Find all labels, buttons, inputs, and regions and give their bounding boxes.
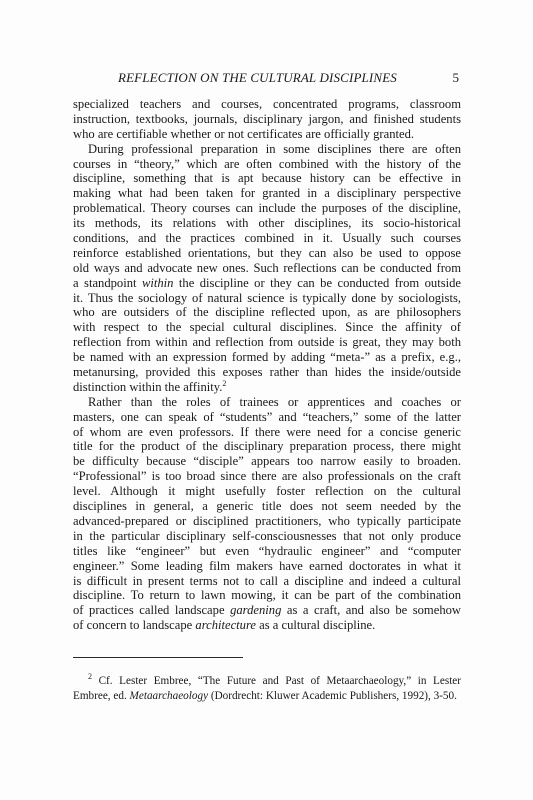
emphasized-text: gardening (230, 603, 281, 617)
text-line: reflection from within and reflection fr… (73, 335, 461, 350)
text-run: “Professional” is too broad since there … (73, 469, 461, 483)
text-line: who are outsiders of the discipline refl… (73, 305, 461, 320)
text-run: as a cultural discipline. (256, 618, 375, 632)
text-run: it. Thus the sociology of natural scienc… (73, 291, 461, 305)
text-line: engineer.” Some leading film makers have… (73, 559, 461, 574)
running-head: REFLECTION ON THE CULTURAL DISCIPLINES 5 (73, 70, 461, 86)
footnote-book-title: Metaarchaeology (130, 690, 209, 702)
text-run: as a craft, and also be somehow (281, 603, 461, 617)
text-run: old ways and advocate new ones. Such ref… (73, 261, 461, 275)
text-line: of whom are even professors. If there we… (73, 425, 461, 440)
text-line: who are certifiable whether or not certi… (73, 127, 461, 142)
text-run: title for the product of the disciplinar… (73, 439, 461, 453)
text-line: is difficult in present terms not to cal… (73, 574, 461, 589)
text-line: “Professional” is too broad since there … (73, 469, 461, 484)
text-run: of whom are even professors. If there we… (73, 425, 461, 439)
text-run: be named with an expression formed by ad… (73, 350, 461, 364)
text-line: advanced-prepared or disciplined practit… (73, 514, 461, 529)
page-number: 5 (453, 70, 460, 86)
text-line: with respect to the special cultural dis… (73, 320, 461, 335)
text-line: discipline. To return to lawn mowing, it… (73, 588, 461, 603)
text-line: instruction, textbooks, journals, discip… (73, 112, 461, 127)
text-line: old ways and advocate new ones. Such ref… (73, 261, 461, 276)
text-line: distinction within the affinity.2 (73, 380, 461, 395)
emphasized-text: within (142, 276, 174, 290)
text-run: is difficult in present terms not to cal… (73, 574, 461, 588)
text-run: of practices called landscape (73, 603, 230, 617)
text-line: its methods, its relations with other di… (73, 216, 461, 231)
text-run: During professional preparation in some … (88, 142, 461, 156)
footnote-text: (Dordrecht: Kluwer Academic Publishers, … (208, 690, 457, 702)
text-run: who are outsiders of the discipline refl… (73, 305, 461, 319)
footnote-text: Embree, ed. (73, 690, 130, 702)
text-run: titles like “engineer” but even “hydraul… (73, 544, 461, 558)
text-line: of concern to landscape architecture as … (73, 618, 461, 633)
text-run: its methods, its relations with other di… (73, 216, 461, 230)
text-run: disciplines in general, a generic title … (73, 499, 461, 513)
text-line: of practices called landscape gardening … (73, 603, 461, 618)
text-run: a standpoint (73, 276, 142, 290)
text-line: be named with an expression formed by ad… (73, 350, 461, 365)
footnote-text: Cf. Lester Embree, “The Future and Past … (99, 675, 461, 687)
text-run: of concern to landscape (73, 618, 195, 632)
text-run: specialized teachers and courses, concen… (73, 97, 461, 111)
footnote-divider (73, 657, 243, 658)
footnote: 2 Cf. Lester Embree, “The Future and Pas… (73, 674, 461, 704)
text-line: level. Although it might usefully foster… (73, 484, 461, 499)
text-run: engineer.” Some leading film makers have… (73, 559, 461, 573)
text-run: discipline. To return to lawn mowing, it… (73, 588, 461, 602)
text-run: masters, one can speak of “students” and… (73, 410, 461, 424)
text-run: courses in “theory,” which are often com… (73, 157, 461, 171)
footnote-line: Embree, ed. Metaarchaeology (Dordrecht: … (73, 689, 461, 704)
text-line: reinforce established orientations, but … (73, 246, 461, 261)
body-text: specialized teachers and courses, concen… (73, 97, 461, 633)
text-run: level. Although it might usefully foster… (73, 484, 461, 498)
emphasized-text: architecture (195, 618, 256, 632)
text-line: be difficulty because “disciple” appears… (73, 454, 461, 469)
text-line: in the particular disciplinary self-cons… (73, 529, 461, 544)
text-line: titles like “engineer” but even “hydraul… (73, 544, 461, 559)
text-run: discipline, something that is apt becaus… (73, 171, 461, 185)
text-line: disciplines in general, a generic title … (73, 499, 461, 514)
text-line: title for the product of the disciplinar… (73, 439, 461, 454)
footnote-marker: 2 (88, 672, 92, 681)
text-run: reflection from within and reflection fr… (73, 335, 461, 349)
text-run: with respect to the special cultural dis… (73, 320, 461, 334)
text-run: problematical. Theory courses can includ… (73, 201, 461, 215)
text-run: conditions, and the practices combined i… (73, 231, 461, 245)
text-run: distinction within the affinity. (73, 380, 222, 394)
text-line: conditions, and the practices combined i… (73, 231, 461, 246)
footnote-line: 2 Cf. Lester Embree, “The Future and Pas… (73, 674, 461, 689)
text-run: reinforce established orientations, but … (73, 246, 461, 260)
footnote-reference[interactable]: 2 (222, 379, 226, 388)
text-line: problematical. Theory courses can includ… (73, 201, 461, 216)
text-run: making what had been taken for granted i… (73, 186, 461, 200)
document-page: REFLECTION ON THE CULTURAL DISCIPLINES 5… (0, 0, 533, 800)
text-line: Rather than the roles of trainees or app… (73, 395, 461, 410)
text-line: metanursing, provided this exposes rathe… (73, 365, 461, 380)
text-run: Rather than the roles of trainees or app… (88, 395, 461, 409)
text-line: courses in “theory,” which are often com… (73, 157, 461, 172)
text-line: masters, one can speak of “students” and… (73, 410, 461, 425)
text-line: During professional preparation in some … (73, 142, 461, 157)
text-run: advanced-prepared or disciplined practit… (73, 514, 461, 528)
text-run: who are certifiable whether or not certi… (73, 127, 414, 141)
text-run: metanursing, provided this exposes rathe… (73, 365, 461, 379)
text-run: be difficulty because “disciple” appears… (73, 454, 461, 468)
text-run: in the particular disciplinary self-cons… (73, 529, 461, 543)
running-head-title: REFLECTION ON THE CULTURAL DISCIPLINES (118, 70, 397, 86)
text-run: the discipline or they can be conducted … (173, 276, 461, 290)
text-line: discipline, something that is apt becaus… (73, 171, 461, 186)
text-line: a standpoint within the discipline or th… (73, 276, 461, 291)
text-line: it. Thus the sociology of natural scienc… (73, 291, 461, 306)
text-line: specialized teachers and courses, concen… (73, 97, 461, 112)
text-line: making what had been taken for granted i… (73, 186, 461, 201)
text-run: instruction, textbooks, journals, discip… (73, 112, 461, 126)
